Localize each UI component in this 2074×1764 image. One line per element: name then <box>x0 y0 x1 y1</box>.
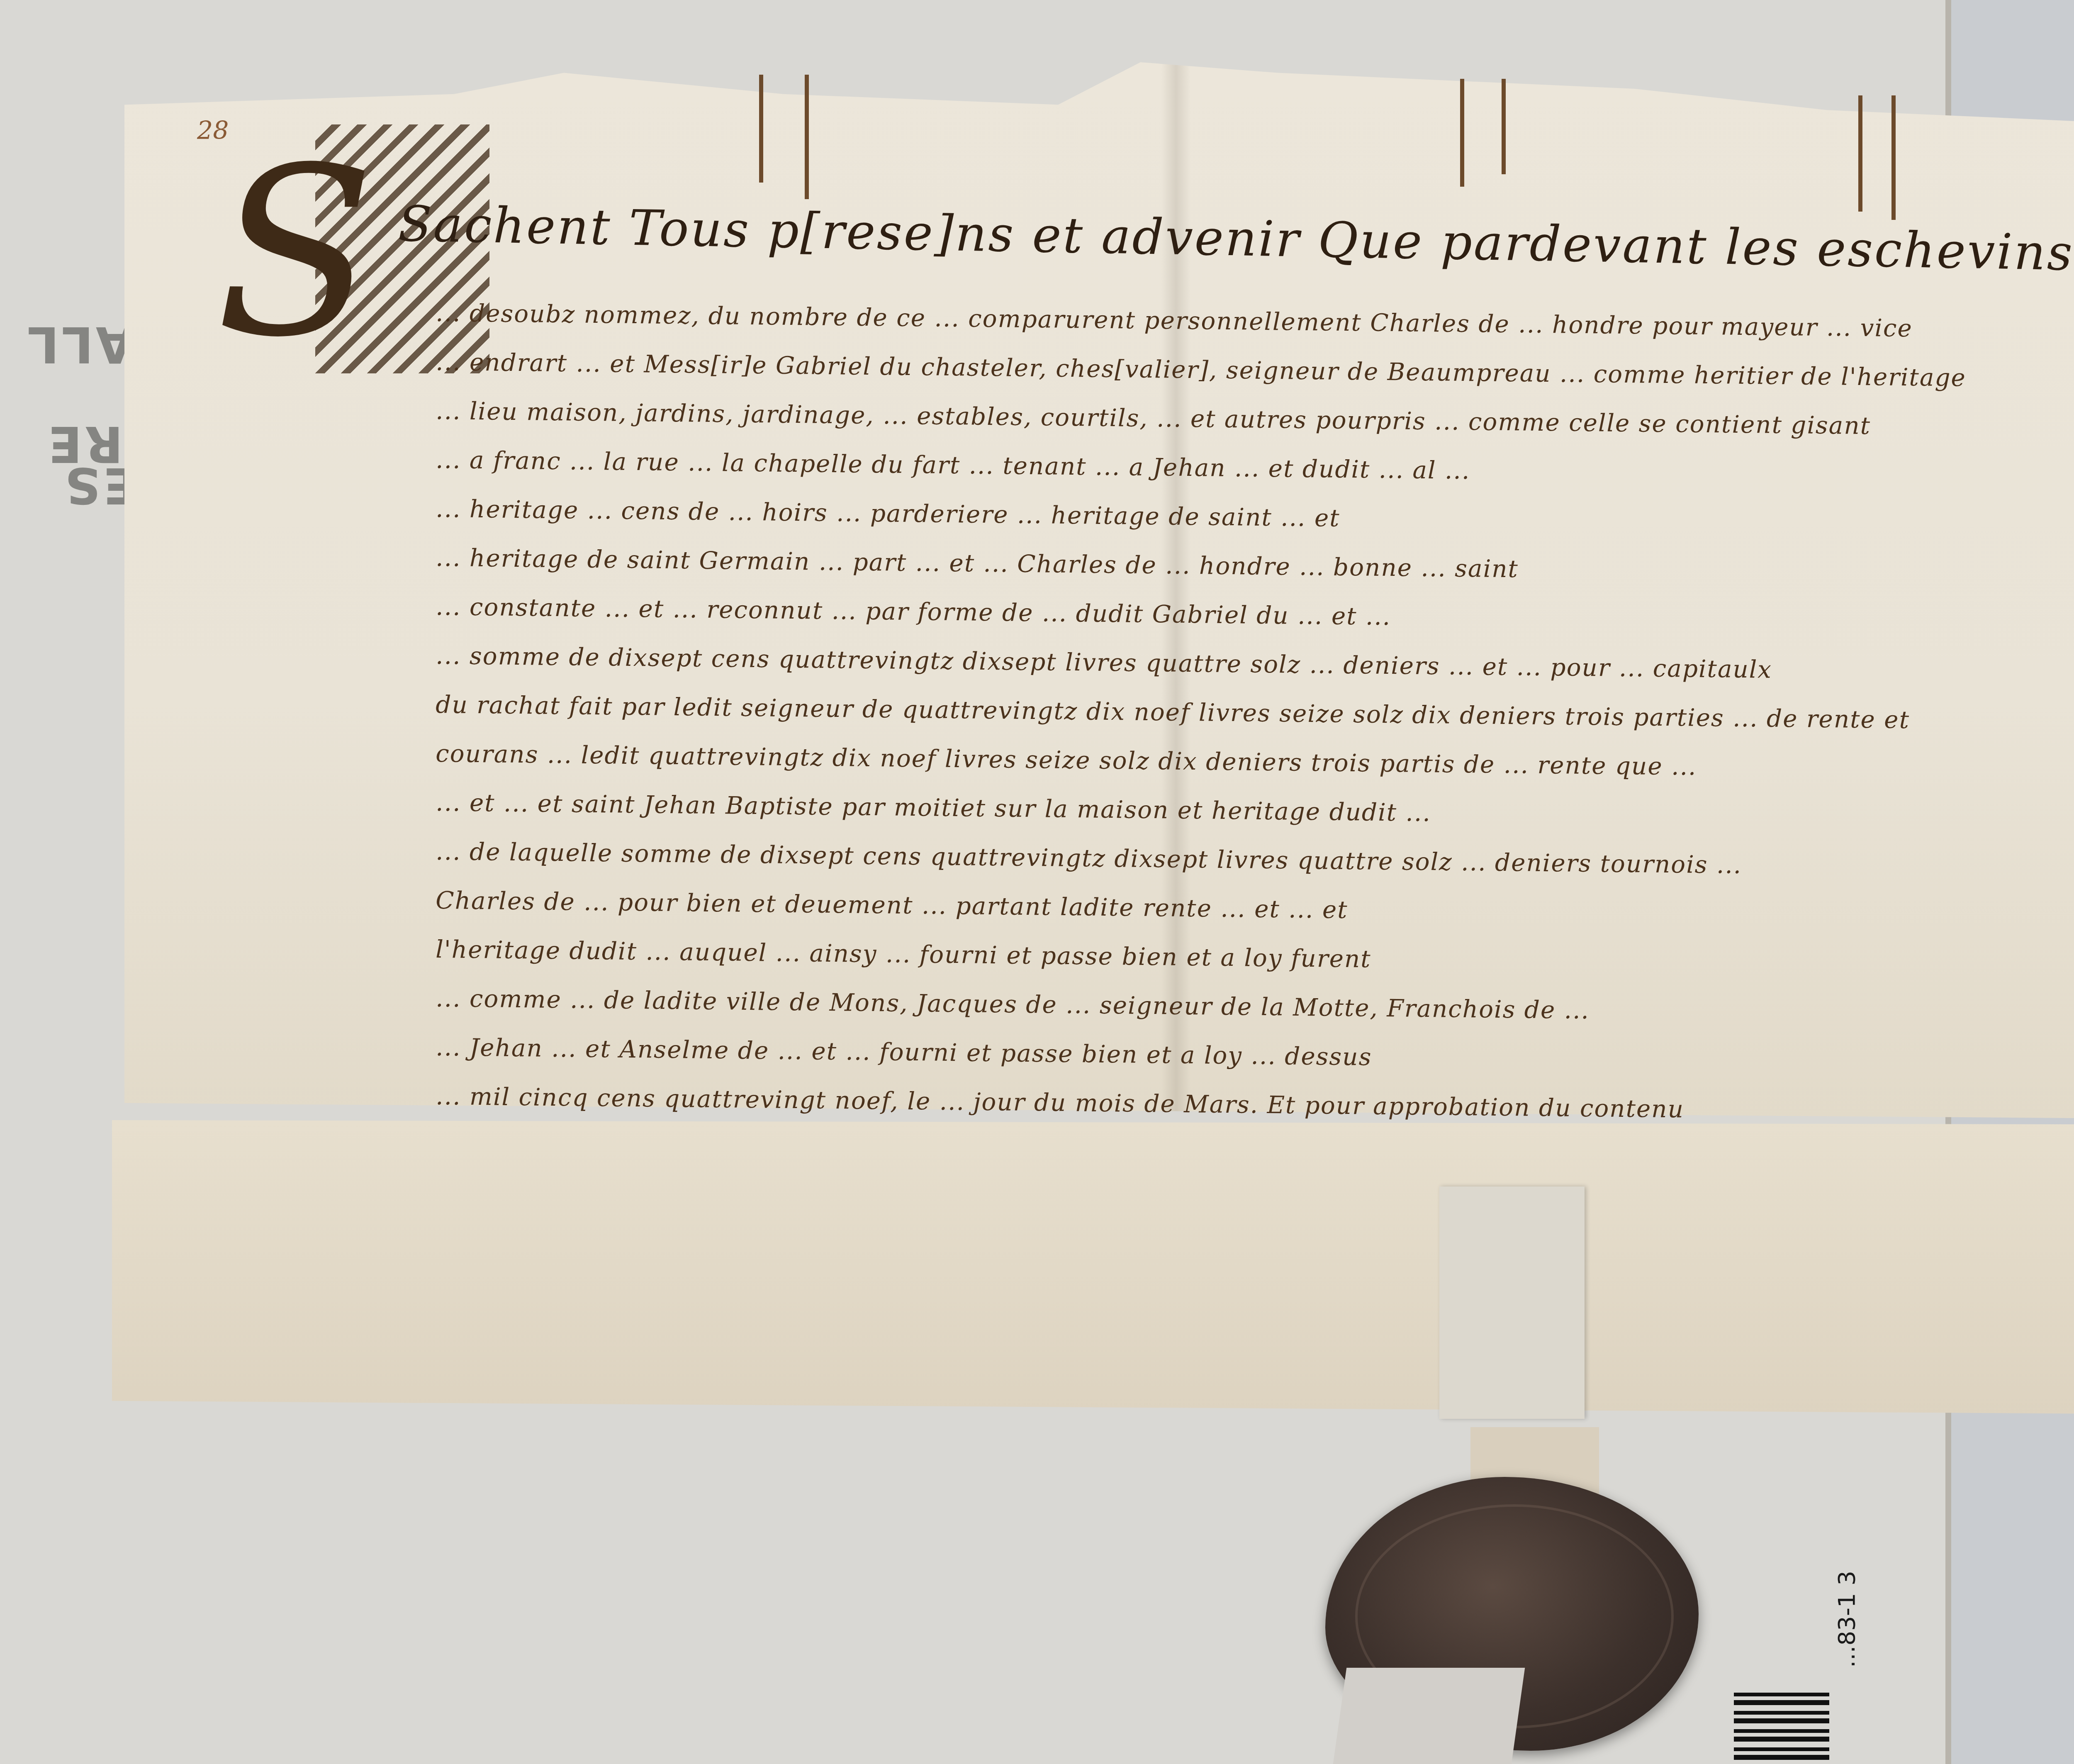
folded-plica <box>112 1120 2074 1419</box>
charter-body: ... desoubz nommez, du nombre de ce ... … <box>436 299 2074 1229</box>
heading-ascender-stroke <box>759 75 763 183</box>
mirrored-label-fragment: ALL <box>25 315 134 373</box>
barcode-label: ...83-1 3 <box>1833 1571 1860 1668</box>
archive-barcode <box>1734 1693 1829 1764</box>
heading-ascender-stroke <box>1891 95 1896 220</box>
heading-ascender-stroke <box>1502 79 1506 174</box>
seal-tag-tail <box>1333 1668 1525 1764</box>
heading-ascender-stroke <box>1460 79 1464 187</box>
heading-ascender-stroke <box>805 75 809 199</box>
heading-ascender-stroke <box>1858 95 1862 212</box>
seal-tag-upper <box>1439 1187 1585 1419</box>
